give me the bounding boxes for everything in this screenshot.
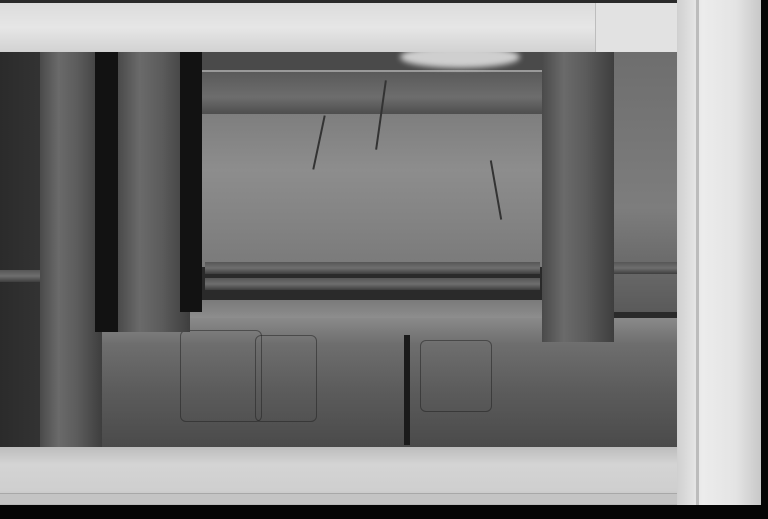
frame-right-edge <box>696 0 699 505</box>
frame-bottom-lip <box>0 493 677 504</box>
horizontal-slat <box>0 270 45 282</box>
weathered-wood-block <box>255 335 317 422</box>
horizontal-slat <box>205 278 540 290</box>
weathered-wood-block <box>420 340 492 412</box>
sill-crack <box>404 335 410 445</box>
frame-right-stile <box>677 0 761 505</box>
horizontal-slat <box>612 262 687 274</box>
wooden-post-right <box>542 52 614 342</box>
film-border-right <box>761 0 768 519</box>
horizontal-slat <box>205 262 540 274</box>
photograph <box>0 0 768 519</box>
film-border-bottom <box>0 505 768 519</box>
weathered-wood-block <box>180 330 262 422</box>
wooden-post-left <box>40 52 102 452</box>
frame-top-rail <box>0 3 595 52</box>
post-shadow <box>180 52 202 312</box>
